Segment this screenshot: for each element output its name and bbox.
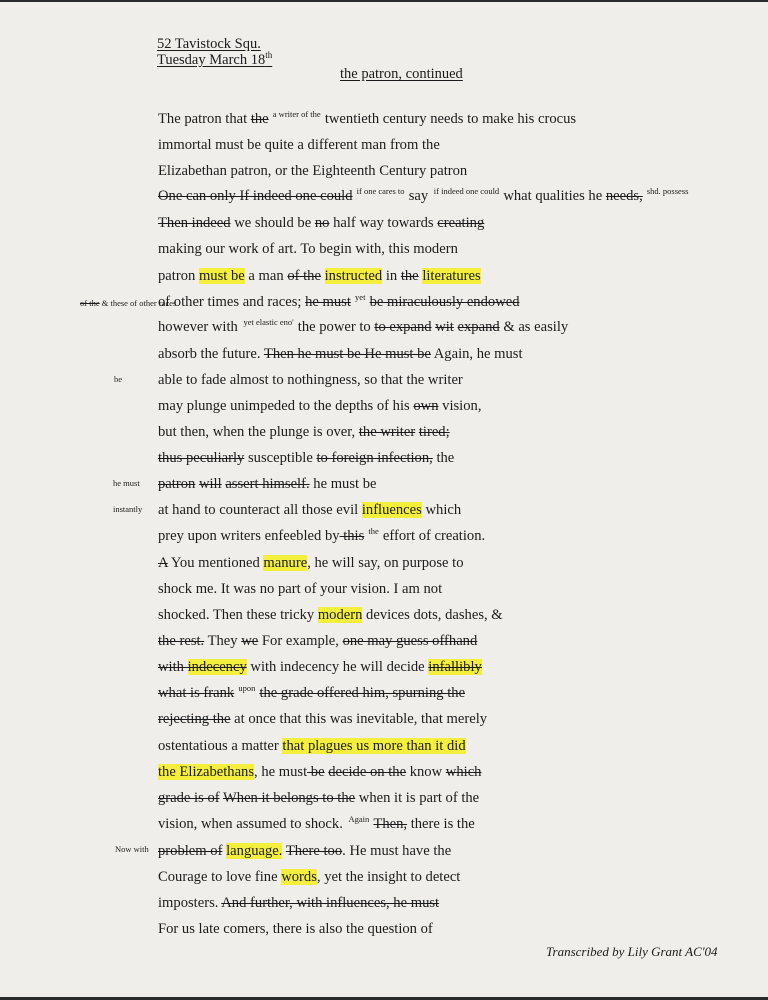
text-segment: in (382, 268, 401, 284)
text-segment: The patron that (158, 111, 251, 127)
struck-text: creating (437, 215, 484, 231)
text-segment: . He must have the (342, 843, 451, 859)
text-segment: we should be (231, 215, 315, 231)
text-segment: with indecency he will decide (247, 659, 429, 675)
text-segment: making our work of art. To begin with, t… (158, 241, 458, 257)
struck-text: the writer (359, 424, 415, 440)
interlinear-insertion: the (364, 526, 383, 536)
struck-text: assert himself. (225, 476, 309, 492)
struck-text: be (307, 764, 324, 780)
text-segment: he must (113, 478, 140, 488)
text-segment: You mentioned (168, 555, 264, 571)
struck-text: wit (435, 319, 454, 335)
text-segment: he must be (310, 476, 377, 492)
text-segment: immortal must be quite a different man f… (158, 137, 440, 153)
text-segment: & these of other races (100, 298, 177, 308)
manuscript-line: problem of language. There too. He must … (158, 841, 451, 861)
highlighted-text: manure (263, 555, 307, 571)
highlighted-text: the Elizabethans (158, 764, 254, 780)
margin-note: of the & these of other races (80, 297, 176, 309)
struck-text: patron (158, 476, 195, 492)
struck-text: we (241, 633, 258, 649)
text-segment: ostentatious a matter (158, 738, 282, 754)
struck-text: needs, (606, 188, 643, 204)
struck-text: no (315, 215, 330, 231)
interlinear-insertion: upon (234, 683, 259, 693)
interlinear-insertion: shd. possess (643, 186, 691, 196)
page-title: the patron, continued (340, 66, 463, 83)
text-segment: Again, he must (431, 346, 523, 362)
struck-highlighted-text: infallibly (428, 659, 482, 675)
struck-text: of the (287, 268, 321, 284)
struck-text: he must (305, 294, 351, 310)
struck-text: the (401, 268, 419, 284)
manuscript-line: of other times and races; he must yet be… (158, 292, 520, 312)
manuscript-line: able to fade almost to nothingness, so t… (158, 370, 463, 390)
struck-text: will (199, 476, 222, 492)
text-segment: say (409, 188, 432, 204)
text-segment: , he must (254, 764, 307, 780)
margin-note: instantly (113, 503, 142, 515)
struck-text: own (413, 398, 438, 414)
struck-text: of the (80, 298, 100, 308)
text-segment: imposters. (158, 895, 221, 911)
highlighted-text: literatures (422, 268, 480, 284)
highlighted-text: modern (318, 607, 363, 623)
text-segment: patron (158, 268, 199, 284)
manuscript-line: immortal must be quite a different man f… (158, 135, 440, 155)
struck-text: Then, (373, 816, 407, 832)
interlinear-insertion: yet elastic eno' (242, 317, 298, 327)
text-segment: may plunge unimpeded to the depths of hi… (158, 398, 413, 414)
manuscript-line: patron must be a man of the instructed i… (158, 266, 481, 286)
text-segment: absorb the future. (158, 346, 264, 362)
text-segment: the power to (298, 319, 375, 335)
highlighted-text: influences (362, 502, 422, 518)
text-segment: Elizabethan patron, or the Eighteenth Ce… (158, 163, 467, 179)
text-segment: at hand to counteract all those evil (158, 502, 362, 518)
manuscript-line: thus peculiarly susceptible to foreign i… (158, 448, 454, 468)
struck-text: There too (286, 843, 342, 859)
text-segment: vision, (439, 398, 482, 414)
struck-text: to foreign infection, (316, 450, 432, 466)
struck-text: decide on the (328, 764, 406, 780)
interlinear-insertion: if indeed one could (432, 186, 504, 196)
manuscript-line: patron will assert himself. he must be (158, 474, 377, 494)
struck-text: one may guess offhand (343, 633, 478, 649)
text-segment: vision, when assumed to shock. (158, 816, 347, 832)
header-address: 52 Tavistock Squ. (157, 36, 261, 53)
text-segment: Now with (115, 844, 149, 854)
highlighted-text: must be (199, 268, 245, 284)
struck-text: expand (458, 319, 500, 335)
manuscript-line: prey upon writers enfeebled by this the … (158, 526, 485, 546)
struck-text: One can only If indeed one could (158, 188, 353, 204)
transcriber-signature: Transcribed by Lily Grant AC'04 (546, 944, 718, 960)
struck-text: which (446, 764, 482, 780)
text-segment: the (433, 450, 454, 466)
manuscript-line: the Elizabethans, he must be decide on t… (158, 762, 481, 782)
manuscript-line: Elizabethan patron, or the Eighteenth Ce… (158, 161, 467, 181)
text-segment: shock me. It was no part of your vision.… (158, 581, 442, 597)
text-segment: know (406, 764, 446, 780)
struck-text: When it belongs to the (223, 790, 355, 806)
text-segment: For us late comers, there is also the qu… (158, 921, 433, 937)
margin-note: Now with (115, 843, 149, 855)
margin-note: he must (113, 477, 140, 489)
text-segment: , yet the insight to detect (317, 869, 460, 885)
manuscript-line: but then, when the plunge is over, the w… (158, 422, 450, 442)
highlighted-text: instructed (325, 268, 383, 284)
struck-text: Then he must be He must be (264, 346, 431, 362)
struck-text: tired; (419, 424, 450, 440)
interlinear-insertion: yet (351, 292, 370, 302)
manuscript-line: what is frank upon the grade offered him… (158, 683, 465, 703)
struck-text: the (251, 111, 269, 127)
scan-top-edge (0, 0, 768, 2)
manuscript-line: making our work of art. To begin with, t… (158, 239, 458, 259)
text-segment: what qualities he (503, 188, 606, 204)
text-segment: , he will say, on purpose to (307, 555, 463, 571)
text-segment: which (422, 502, 461, 518)
struck-text: problem of (158, 843, 222, 859)
manuscript-line: Courage to love fine words, yet the insi… (158, 867, 460, 887)
text-segment: there is the (407, 816, 475, 832)
highlighted-text: words (281, 869, 317, 885)
manuscript-line: however with yet elastic eno' the power … (158, 317, 568, 337)
header-date-suffix: th (265, 50, 272, 60)
manuscript-line: shock me. It was no part of your vision.… (158, 579, 442, 599)
manuscript-line: rejecting the at once that this was inev… (158, 709, 487, 729)
interlinear-insertion: if one cares to (353, 186, 409, 196)
manuscript-line: For us late comers, there is also the qu… (158, 919, 433, 939)
manuscript-line: with indecency with indecency he will de… (158, 657, 482, 677)
text-segment: prey upon writers enfeebled by (158, 528, 340, 544)
struck-text: A (158, 555, 168, 571)
manuscript-line: A You mentioned manure, he will say, on … (158, 553, 464, 573)
text-segment: at once that this was inevitable, that m… (231, 711, 488, 727)
text-segment: susceptible (244, 450, 316, 466)
struck-text: thus peculiarly (158, 450, 244, 466)
manuscript-line: vision, when assumed to shock. Again The… (158, 814, 475, 834)
struck-text: what is frank (158, 685, 234, 701)
manuscript-line: Then indeed we should be no half way tow… (158, 213, 484, 233)
highlighted-text: that plagues us more than it did (282, 738, 465, 754)
text-segment: & as easily (500, 319, 569, 335)
text-segment: For example, (258, 633, 342, 649)
text-segment: when it is part of the (355, 790, 479, 806)
manuscript-line: The patron that the a writer of the twen… (158, 109, 576, 129)
interlinear-insertion: a writer of the (269, 109, 325, 119)
margin-note: be (114, 373, 122, 385)
manuscript-line: shocked. Then these tricky modern device… (158, 605, 503, 625)
struck-text: to expand (374, 319, 431, 335)
text-segment: however with (158, 319, 242, 335)
interlinear-insertion: Again (347, 814, 374, 824)
text-segment: twentieth century needs to make his croc… (325, 111, 576, 127)
manuscript-line: absorb the future. Then he must be He mu… (158, 344, 523, 364)
text-segment: devices dots, dashes, & (362, 607, 502, 623)
text-segment: but then, when the plunge is over, (158, 424, 359, 440)
manuscript-line: may plunge unimpeded to the depths of hi… (158, 396, 481, 416)
text-segment: They (204, 633, 241, 649)
text-segment: half way towards (329, 215, 437, 231)
header-date-text: Tuesday March 18 (157, 52, 265, 68)
struck-text: be miraculously endowed (370, 294, 520, 310)
struck-text: the grade offered him, spurning the (259, 685, 465, 701)
text-segment: be (114, 374, 122, 384)
struck-text: with (158, 659, 188, 675)
header-date: Tuesday March 18th (157, 52, 272, 69)
struck-text: And further, with influences, he must (221, 895, 439, 911)
struck-text: rejecting the (158, 711, 231, 727)
manuscript-line: imposters. And further, with influences,… (158, 893, 439, 913)
struck-highlighted-text: indecency (188, 659, 247, 675)
text-segment: instantly (113, 504, 142, 514)
manuscript-line: One can only If indeed one could if one … (158, 186, 690, 206)
manuscript-line: ostentatious a matter that plagues us mo… (158, 736, 466, 756)
highlighted-text: language. (226, 843, 282, 859)
struck-text: this (340, 528, 365, 544)
text-segment: effort of creation. (383, 528, 485, 544)
struck-text: grade is of (158, 790, 220, 806)
manuscript-line: the rest. They we For example, one may g… (158, 631, 477, 651)
text-segment: a man (245, 268, 288, 284)
text-segment: able to fade almost to nothingness, so t… (158, 372, 463, 388)
manuscript-line: at hand to counteract all those evil inf… (158, 500, 461, 520)
struck-text: Then indeed (158, 215, 231, 231)
manuscript-line: grade is of When it belongs to the when … (158, 788, 479, 808)
text-segment: Courage to love fine (158, 869, 281, 885)
text-segment: shocked. Then these tricky (158, 607, 318, 623)
struck-text: the rest. (158, 633, 204, 649)
text-segment: of other times and races; (158, 294, 305, 310)
